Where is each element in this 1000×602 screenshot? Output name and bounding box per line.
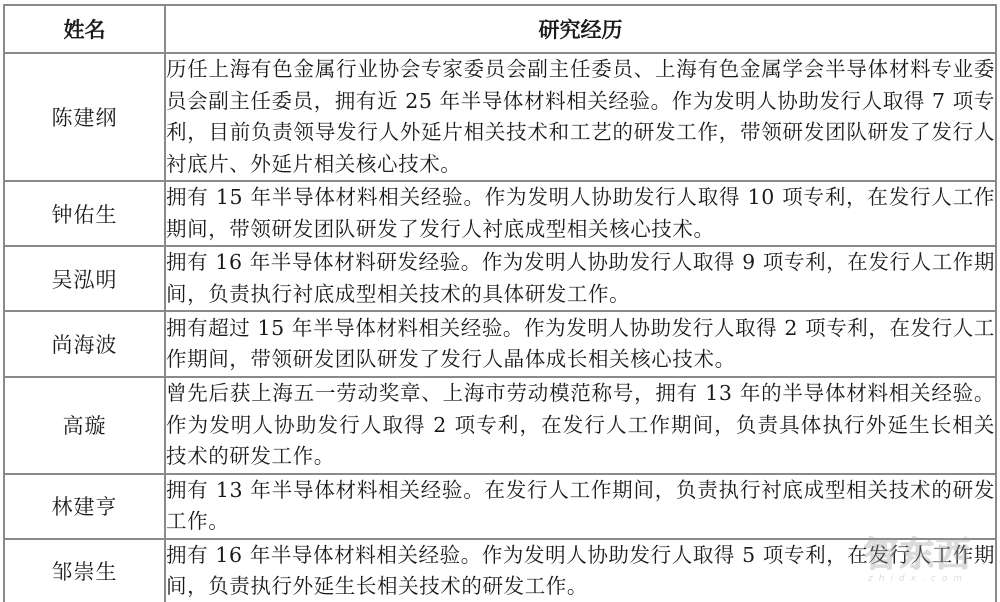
research-experience: 拥有 15 年半导体材料相关经验。作为发明人协助发行人取得 10 项专利，在发行… — [165, 181, 996, 246]
person-name: 陈建纲 — [4, 53, 165, 181]
table-row: 尚海波 拥有超过 15 年半导体材料相关经验。作为发明人协助发行人取得 2 项专… — [4, 311, 996, 377]
research-experience-table: 姓名 研究经历 陈建纲 历任上海有色金属行业协会专家委员会副主任委员、上海有色金… — [3, 4, 997, 602]
research-experience: 曾先后获上海五一劳动奖章、上海市劳动模范称号，拥有 13 年的半导体材料相关经验… — [165, 377, 996, 474]
column-header-name: 姓名 — [4, 5, 165, 53]
column-header-experience: 研究经历 — [165, 5, 996, 53]
table-row: 林建亨 拥有 13 年半导体材料相关经验。在发行人工作期间，负责执行衬底成型相关… — [4, 474, 996, 539]
research-experience: 拥有超过 15 年半导体材料相关经验。作为发明人协助发行人取得 2 项专利，在发… — [165, 311, 996, 377]
research-experience: 历任上海有色金属行业协会专家委员会副主任委员、上海有色金属学会半导体材料专业委员… — [165, 53, 996, 181]
person-name: 吴泓明 — [4, 246, 165, 311]
person-name: 邹崇生 — [4, 539, 165, 602]
table-row: 陈建纲 历任上海有色金属行业协会专家委员会副主任委员、上海有色金属学会半导体材料… — [4, 53, 996, 181]
table-row: 邹崇生 拥有 16 年半导体材料相关经验。作为发明人协助发行人取得 5 项专利，… — [4, 539, 996, 602]
table-row: 钟佑生 拥有 15 年半导体材料相关经验。作为发明人协助发行人取得 10 项专利… — [4, 181, 996, 246]
table-row: 吴泓明 拥有 16 年半导体材料研发经验。作为发明人协助发行人取得 9 项专利，… — [4, 246, 996, 311]
person-name: 钟佑生 — [4, 181, 165, 246]
person-name: 林建亨 — [4, 474, 165, 539]
research-experience: 拥有 13 年半导体材料相关经验。在发行人工作期间，负责执行衬底成型相关技术的研… — [165, 474, 996, 539]
person-name: 高璇 — [4, 377, 165, 474]
research-experience: 拥有 16 年半导体材料研发经验。作为发明人协助发行人取得 9 项专利，在发行人… — [165, 246, 996, 311]
person-name: 尚海波 — [4, 311, 165, 377]
research-experience: 拥有 16 年半导体材料相关经验。作为发明人协助发行人取得 5 项专利，在发行人… — [165, 539, 996, 602]
table-row: 高璇 曾先后获上海五一劳动奖章、上海市劳动模范称号，拥有 13 年的半导体材料相… — [4, 377, 996, 474]
table-header-row: 姓名 研究经历 — [4, 5, 996, 53]
